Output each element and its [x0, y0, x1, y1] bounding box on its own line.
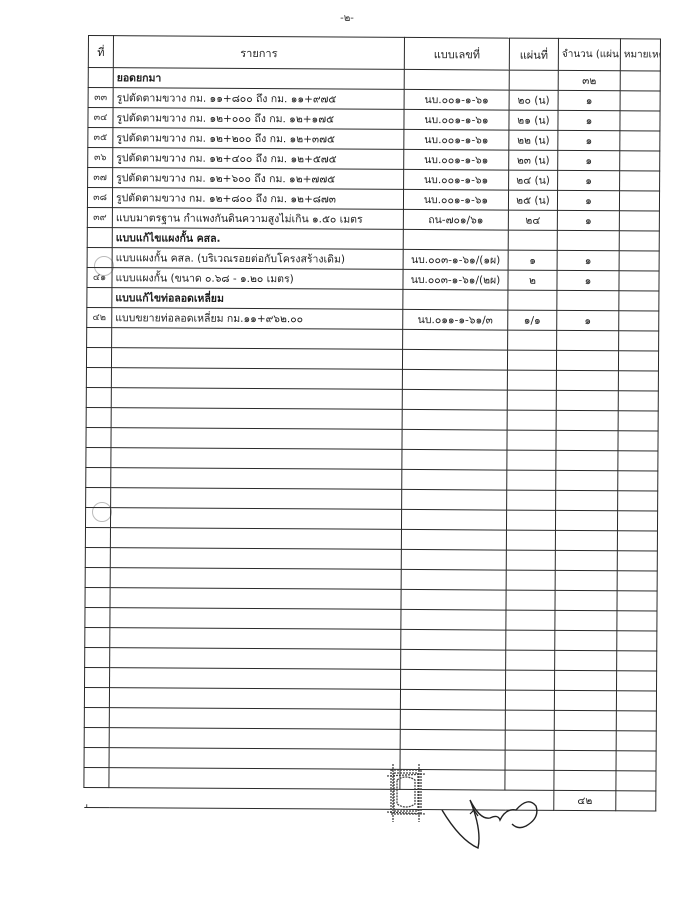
cell-no — [84, 767, 109, 787]
cell-no — [87, 327, 112, 347]
cell-count — [556, 430, 618, 450]
cell-no: ๔๒ — [87, 307, 112, 327]
cell-count: ๑ — [557, 310, 619, 330]
cell-count — [555, 550, 617, 570]
header-no: ที่ — [88, 36, 113, 68]
cell-drawing-no — [402, 469, 507, 490]
cell-count — [557, 230, 619, 250]
cell-sheet-no — [507, 350, 556, 370]
cell-remark — [618, 411, 658, 431]
cell-remark — [620, 71, 660, 91]
cell-drawing-no: นบ.๐๐๑-๑-๖๑ — [404, 129, 509, 150]
cell-count — [556, 470, 618, 490]
cell-sheet-no — [506, 670, 555, 690]
cell-drawing-no: ถน-๗๐๑/๖๑ — [403, 209, 508, 230]
cell-drawing-no — [402, 429, 507, 450]
cell-drawing-no — [400, 729, 505, 750]
cell-item: รูปตัดตามขวาง กม. ๑๒+๔๐๐ ถึง กม. ๑๒+๕๗๕ — [113, 148, 404, 170]
header-count: จำนวน (แผ่น) — [558, 38, 620, 70]
cell-drawing-no: นบ.๐๐๑-๑-๖๑ — [404, 89, 509, 110]
page-number: -๒- — [0, 11, 694, 26]
cell-sheet-no — [507, 490, 556, 510]
cell-remark — [620, 91, 660, 111]
cell-drawing-no: นบ.๐๑๑-๑-๖๑/๓ — [403, 309, 508, 330]
cell-count: ๑ — [557, 270, 619, 290]
cell-drawing-no: นบ.๐๐๑-๑-๖๑ — [404, 149, 509, 170]
cell-item: แบบแผงกั้น (ขนาด ๐.๖๘ - ๑.๒๐ เมตร) — [112, 268, 403, 290]
cell-remark — [619, 231, 659, 251]
cell-sheet-no — [507, 370, 556, 390]
cell-drawing-no — [401, 569, 506, 590]
cell-item: แบบแก้ไขแผงกั้น คสล. — [112, 228, 403, 250]
cell-sheet-no — [506, 650, 555, 670]
cell-count: ๑ — [558, 150, 620, 170]
cell-count — [554, 690, 616, 710]
cell-sheet-no — [506, 630, 555, 650]
cell-count — [555, 610, 617, 630]
cell-sheet-no — [506, 610, 555, 630]
cell-item — [109, 688, 400, 710]
cell-remark — [618, 371, 658, 391]
cell-remark — [618, 351, 658, 371]
cell-item — [110, 528, 401, 550]
cell-sheet-no: ๒๒ (น) — [509, 130, 558, 150]
cell-drawing-no — [403, 229, 508, 250]
cell-no — [85, 567, 110, 587]
table-body: ยอดยกมา๓๒๓๓รูปตัดตามขวาง กม. ๑๑+๘๐๐ ถึง … — [84, 68, 661, 811]
cell-no — [86, 447, 111, 467]
cell-drawing-no — [403, 329, 508, 350]
cell-remark — [617, 671, 657, 691]
cell-count — [556, 450, 618, 470]
cell-drawing-no — [402, 449, 507, 470]
drawing-list-table: ที่ รายการ แบบเลขที่ แผ่นที่ จำนวน (แผ่น… — [83, 35, 661, 811]
cell-item — [109, 708, 400, 730]
cell-drawing-no — [401, 669, 506, 690]
cell-count — [556, 350, 618, 370]
cell-no: ๓๙ — [87, 207, 112, 227]
cell-sheet-no: ๒๐ (น) — [509, 90, 558, 110]
header-sheet-no: แผ่นที่ — [509, 38, 558, 70]
cell-item — [110, 668, 401, 690]
cell-count — [557, 290, 619, 310]
cell-no — [85, 607, 110, 627]
header-drawing-no: แบบเลขที่ — [404, 37, 509, 70]
cell-item — [110, 548, 401, 570]
cell-remark — [617, 531, 657, 551]
cell-sheet-no: ๒๔ (น) — [509, 170, 558, 190]
cell-count — [555, 630, 617, 650]
cell-drawing-no — [400, 709, 505, 730]
cell-sheet-no — [506, 590, 555, 610]
cell-drawing-no — [401, 609, 506, 630]
cell-sheet-no — [505, 690, 554, 710]
cell-sheet-no — [505, 770, 554, 790]
cell-remark — [620, 131, 660, 151]
cell-count — [555, 650, 617, 670]
cell-remark — [619, 271, 659, 291]
signature-icon — [440, 790, 550, 850]
cell-remark — [619, 211, 659, 231]
cell-sheet-no — [507, 450, 556, 470]
cell-item: รูปตัดตามขวาง กม. ๑๑+๘๐๐ ถึง กม. ๑๑+๙๗๕ — [113, 88, 404, 110]
cell-drawing-no — [402, 349, 507, 370]
cell-drawing-no — [401, 629, 506, 650]
cell-sheet-no: ๒๑ (น) — [509, 110, 558, 130]
cell-item — [110, 568, 401, 590]
cell-no — [85, 627, 110, 647]
cell-no — [87, 227, 112, 247]
cell-item — [111, 408, 402, 430]
cell-sheet-no — [509, 70, 558, 90]
cell-no — [87, 287, 112, 307]
cell-item — [110, 508, 401, 530]
cell-remark — [619, 311, 659, 331]
cell-item: รูปตัดตามขวาง กม. ๑๒+๒๐๐ ถึง กม. ๑๒+๓๗๕ — [113, 128, 404, 150]
cell-item — [111, 368, 402, 390]
cell-item — [109, 748, 400, 770]
cell-no: ๔๑ — [87, 267, 112, 287]
cell-sheet-no — [506, 510, 555, 530]
cell-item: รูปตัดตามขวาง กม. ๑๒+๘๐๐ ถึง กม. ๑๒+๘๗๓ — [112, 188, 403, 210]
cell-sheet-no — [508, 230, 557, 250]
cell-item — [112, 328, 403, 350]
cell-count — [555, 510, 617, 530]
cell-drawing-no — [404, 69, 509, 90]
cell-no — [86, 387, 111, 407]
official-stamp-icon — [385, 762, 429, 824]
cell-drawing-no — [402, 489, 507, 510]
cell-no — [84, 707, 109, 727]
cell-remark — [619, 291, 659, 311]
cell-remark — [618, 471, 658, 491]
cell-drawing-no — [402, 389, 507, 410]
cell-sheet-no — [507, 390, 556, 410]
cell-drawing-no — [400, 689, 505, 710]
cell-item: รูปตัดตามขวาง กม. ๑๒+๐๐๐ ถึง กม. ๑๒+๑๗๕ — [113, 108, 404, 130]
cell-no — [86, 467, 111, 487]
header-remark: หมายเหตุ — [620, 39, 660, 71]
cell-remark — [616, 691, 656, 711]
cell-sheet-no: ๒๓ (น) — [509, 150, 558, 170]
cell-item — [111, 488, 402, 510]
cell-sheet-no: ๒๕ (น) — [508, 190, 557, 210]
cell-no — [88, 68, 113, 88]
cell-sheet-no: ๑ — [508, 250, 557, 270]
cell-sheet-no — [508, 330, 557, 350]
cell-remark — [617, 571, 657, 591]
table-header-row: ที่ รายการ แบบเลขที่ แผ่นที่ จำนวน (แผ่น… — [88, 36, 660, 71]
cell-count: ๑ — [558, 130, 620, 150]
cell-no — [86, 487, 111, 507]
cell-sheet-no: ๑/๑ — [508, 310, 557, 330]
cell-item: รูปตัดตามขวาง กม. ๑๒+๖๐๐ ถึง กม. ๑๒+๗๗๕ — [113, 168, 404, 190]
cell-item — [111, 388, 402, 410]
cell-remark — [618, 391, 658, 411]
cell-item: แบบขยายท่อลอดเหลี่ยม กม.๑๑+๙๖๒.๐๐ — [112, 308, 403, 330]
cell-count: ๑ — [557, 190, 619, 210]
cell-sheet-no — [506, 570, 555, 590]
cell-remark — [617, 631, 657, 651]
cell-drawing-no — [401, 549, 506, 570]
cell-item — [111, 468, 402, 490]
cell-no — [85, 647, 110, 667]
cell-count — [554, 770, 616, 790]
cell-no — [84, 727, 109, 747]
cell-item: แบบแก้ไขท่อลอดเหลี่ยม — [112, 288, 403, 310]
cell-no: ๓๓ — [88, 88, 113, 108]
cell-sheet-no — [505, 730, 554, 750]
cell-count — [556, 490, 618, 510]
cell-remark — [616, 711, 656, 731]
cell-drawing-no — [402, 369, 507, 390]
cell-remark — [618, 431, 658, 451]
cell-remark — [618, 491, 658, 511]
cell-item — [110, 648, 401, 670]
cell-no — [85, 667, 110, 687]
cell-remark — [619, 191, 659, 211]
cell-item — [109, 728, 400, 750]
cell-item: แบบมาตรฐาน กำแพงกันดินความสูงไม่เกิน ๑.๕… — [112, 208, 403, 230]
cell-sheet-no — [507, 430, 556, 450]
cell-item: แบบแผงกั้น คสล. (บริเวณรอยต่อกับโครงสร้า… — [112, 248, 403, 270]
cell-remark — [620, 171, 660, 191]
cell-count: ๑ — [557, 250, 619, 270]
cell-remark — [620, 111, 660, 131]
header-item: รายการ — [113, 36, 404, 70]
total-remark — [616, 791, 656, 811]
total-label: รวม — [84, 797, 89, 810]
cell-remark — [620, 151, 660, 171]
cell-sheet-no — [505, 710, 554, 730]
cell-item — [111, 348, 402, 370]
cell-sheet-no — [505, 750, 554, 770]
cell-no: ๓๔ — [88, 108, 113, 128]
cell-sheet-no: ๒๔ — [508, 210, 557, 230]
cell-count — [556, 370, 618, 390]
cell-sheet-no — [506, 530, 555, 550]
cell-sheet-no: ๒ — [508, 270, 557, 290]
cell-remark — [616, 751, 656, 771]
cell-drawing-no — [401, 509, 506, 530]
cell-count — [554, 730, 616, 750]
cell-drawing-no — [402, 409, 507, 430]
cell-count: ๑ — [558, 110, 620, 130]
cell-drawing-no: นบ.๐๐๑-๑-๖๑ — [403, 189, 508, 210]
cell-no: ๓๗ — [88, 168, 113, 188]
cell-item — [109, 768, 400, 790]
cell-count: ๓๒ — [558, 70, 620, 90]
cell-drawing-no — [403, 289, 508, 310]
cell-sheet-no — [507, 410, 556, 430]
cell-item: ยอดยกมา — [113, 68, 404, 90]
cell-count: ๑ — [558, 170, 620, 190]
cell-remark — [619, 251, 659, 271]
cell-no — [85, 587, 110, 607]
cell-remark — [617, 591, 657, 611]
cell-remark — [616, 771, 656, 791]
cell-drawing-no: นบ.๐๐๓-๑-๖๑/(๒ผ) — [403, 269, 508, 290]
cell-remark — [618, 451, 658, 471]
cell-count — [556, 390, 618, 410]
total-count: ๔๒ — [554, 790, 616, 810]
cell-drawing-no: นบ.๐๐๑-๑-๖๑ — [404, 169, 509, 190]
cell-no — [86, 407, 111, 427]
cell-no: ๓๕ — [88, 128, 113, 148]
cell-remark — [617, 511, 657, 531]
cell-drawing-no — [401, 589, 506, 610]
drawing-list-sheet: ที่ รายการ แบบเลขที่ แผ่นที่ จำนวน (แผ่น… — [83, 35, 660, 811]
cell-remark — [616, 731, 656, 751]
cell-no — [86, 367, 111, 387]
cell-count — [555, 570, 617, 590]
cell-no — [84, 687, 109, 707]
cell-item — [110, 628, 401, 650]
cell-drawing-no: นบ.๐๐๓-๑-๖๑/(๑ผ) — [403, 249, 508, 270]
cell-count — [555, 530, 617, 550]
cell-count: ๑ — [558, 90, 620, 110]
cell-no — [87, 247, 112, 267]
cell-no — [86, 347, 111, 367]
cell-count — [554, 710, 616, 730]
cell-count — [556, 410, 618, 430]
cell-remark — [617, 551, 657, 571]
cell-no — [85, 507, 110, 527]
cell-no — [85, 547, 110, 567]
cell-drawing-no — [401, 529, 506, 550]
cell-drawing-no: นบ.๐๐๑-๑-๖๑ — [404, 109, 509, 130]
cell-remark — [619, 331, 659, 351]
cell-item — [111, 448, 402, 470]
cell-no — [85, 527, 110, 547]
cell-no — [84, 747, 109, 767]
total-row: รวม๔๒ — [84, 787, 656, 810]
cell-sheet-no — [506, 550, 555, 570]
cell-no: ๓๖ — [88, 148, 113, 168]
cell-count: ๑ — [557, 210, 619, 230]
cell-no — [86, 427, 111, 447]
cell-item — [111, 428, 402, 450]
cell-sheet-no — [508, 290, 557, 310]
cell-no: ๓๘ — [87, 188, 112, 208]
cell-sheet-no — [507, 470, 556, 490]
cell-count — [557, 330, 619, 350]
cell-item — [110, 588, 401, 610]
cell-remark — [617, 611, 657, 631]
cell-drawing-no — [401, 649, 506, 670]
cell-count — [555, 670, 617, 690]
cell-count — [554, 750, 616, 770]
cell-item — [110, 608, 401, 630]
cell-remark — [617, 651, 657, 671]
cell-count — [555, 590, 617, 610]
